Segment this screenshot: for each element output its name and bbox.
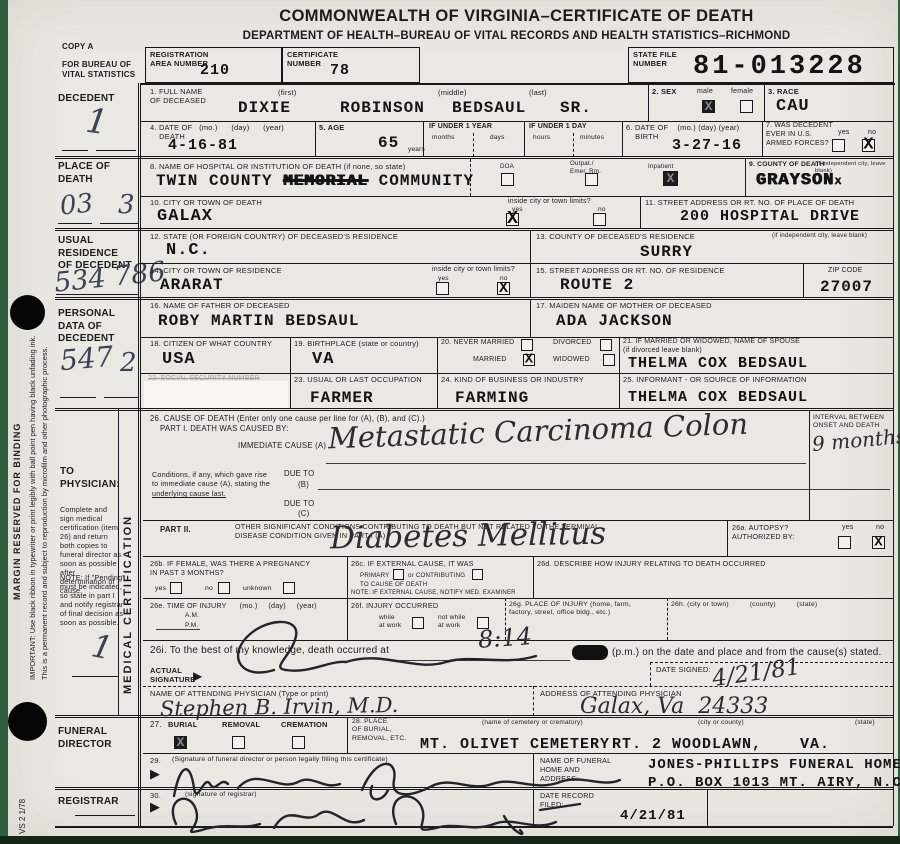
months-label: months: [432, 134, 455, 142]
due-to-b-label: DUE TO: [284, 469, 314, 479]
age-label: 5. AGE: [319, 123, 345, 132]
divider-line: [315, 121, 316, 157]
checkbox-never-married: [521, 339, 533, 351]
city-of-death-value: GALAX: [157, 207, 213, 226]
divider-line: [764, 83, 765, 121]
divider-line: [530, 231, 531, 263]
date-signed-label: DATE SIGNED:: [656, 665, 711, 674]
spouse-value: THELMA COX BEDSAUL: [628, 355, 808, 372]
physician-address-value: Galax, Va 24333: [580, 694, 768, 719]
armed-forces-yes-label: yes: [838, 129, 850, 138]
section-label-place-of-death: PLACE OF DEATH: [58, 161, 110, 186]
department-subtitle: DEPARTMENT OF HEALTH–BUREAU OF VITAL REC…: [140, 29, 893, 43]
divider-line: [667, 598, 668, 640]
describe-injury-label: 26d. DESCRIBE HOW INJURY RELATING TO DEA…: [537, 559, 766, 568]
county-of-death-label: 9. COUNTY OF DEATH: [749, 161, 825, 169]
hospital-label: 8. NAME OF HOSPITAL OR INSTITUTION OF DE…: [150, 162, 405, 171]
checkbox-inpatient: X: [663, 171, 678, 186]
due-to-b-paren: (B): [298, 480, 309, 490]
cause-a-line: [326, 463, 806, 464]
divider-line: [143, 598, 893, 599]
last-name-value: BEDSAUL: [452, 99, 526, 117]
occupation-label: 23. USUAL OR LAST OCCUPATION: [294, 375, 422, 384]
divider-line: [619, 337, 620, 373]
checkbox-pregnancy-yes: [170, 582, 182, 594]
cemetery-hint: (name of cemetery or crematory): [482, 719, 583, 727]
hospital-value: TWIN COUNTY MEMORIAL COMMUNITY: [156, 172, 474, 190]
injury-location-label: 26h. (city or town) (county) (state): [671, 601, 817, 609]
state-file-label: STATE FILE NUMBER: [633, 50, 677, 69]
residence-state-label: 12. STATE (OR FOREIGN COUNTRY) OF DECEAS…: [150, 232, 398, 241]
checkbox-residence-limits-no: X: [497, 282, 510, 295]
death-street-label: 11. STREET ADDRESS OR RT. NO. OF PLACE O…: [645, 198, 854, 207]
sex-male-label: male: [697, 88, 713, 97]
under-1-day-label: IF UNDER 1 DAY: [529, 123, 587, 132]
first-name-value: DIXIE: [238, 99, 291, 117]
divider-line: [727, 520, 728, 556]
time-of-injury-label: 26e. TIME OF INJURY (mo.) (day) (year): [150, 601, 317, 610]
checkbox-contributing: [472, 569, 483, 580]
hole-punch-top: [10, 295, 45, 330]
divider-line: [762, 121, 763, 157]
residence-city-label: 14. CITY OR TOWN OF RESIDENCE: [150, 266, 282, 275]
am-strikeout: (a.m.): [572, 645, 608, 660]
residence-county-value: SURRY: [640, 243, 693, 261]
divider-line: [55, 297, 893, 300]
autopsy-no-label: no: [876, 524, 884, 533]
section-label-medical-certification: MEDICAL CERTIFICATION: [122, 438, 134, 694]
to-physician-pending-note: NOTE: If "Pending" must be indicated, so…: [60, 573, 126, 627]
residence-county-label: 13. COUNTY OF DECEASED'S RESIDENCE: [536, 232, 695, 241]
injury-occurred-label: 26f. INJURY OCCURRED: [351, 601, 438, 610]
burial-location-value: RT. 2 WOODLAWN,: [612, 736, 762, 753]
divider-line: [55, 156, 893, 159]
divider-line: [140, 83, 895, 85]
checkbox-primary: [393, 569, 404, 580]
checkbox-sex-male: X: [702, 100, 715, 113]
state-file-number: 81-013228: [693, 52, 866, 82]
divider-line: [809, 411, 810, 520]
age-value: 65: [378, 134, 399, 152]
never-married-label: 20. NEVER MARRIED: [441, 339, 514, 348]
item-27-number: 27.: [150, 720, 162, 730]
divider-line: [524, 121, 525, 157]
minutes-label: minutes: [580, 134, 604, 142]
funeral-home-address: P.O. BOX 1013 MT. AIRY, N.C.: [648, 775, 900, 791]
place-of-burial-label: 28. PLACE OF BURIAL, REMOVAL, ETC.: [352, 718, 407, 743]
removal-label: REMOVAL: [222, 720, 260, 729]
checkbox-married: X: [523, 354, 535, 366]
industry-label: 24. KIND OF BUSINESS OR INDUSTRY: [441, 375, 584, 384]
bottom-band: [0, 836, 900, 844]
part2-value: Diabetes Mellitus: [330, 516, 607, 557]
divider-line: [745, 159, 746, 196]
days-label: days: [490, 134, 505, 142]
conditions-note: Conditions, if any, which gave rise to i…: [152, 470, 272, 488]
checkbox-armed-forces-no: X: [862, 139, 875, 152]
copy-label: COPY A: [62, 42, 93, 52]
burial-label: BURIAL: [168, 720, 198, 729]
margin-important-note-2: This is a permanent record and subject t…: [40, 160, 49, 680]
divider-line: [140, 196, 893, 197]
sex-label: 2. SEX: [652, 87, 677, 96]
pregnancy-unknown-label: unknown: [243, 585, 272, 593]
pregnancy-no-label: no: [205, 585, 213, 593]
conditions-note-underlined: underlying cause last.: [152, 489, 226, 498]
checkbox-sex-female: [740, 100, 753, 113]
handwritten-code-personal-b: 2: [120, 348, 137, 378]
industry-value: FARMING: [455, 389, 529, 407]
handwritten-code-place-a: 03: [59, 188, 95, 221]
pregnancy-label: 26b. IF FEMALE, WAS THERE A PREGNANCY IN…: [150, 559, 310, 577]
informant-value: THELMA COX BEDSAUL: [628, 389, 808, 406]
divider-line: [290, 337, 291, 373]
residence-state-value: N.C.: [166, 241, 211, 260]
whiteout-patch: [144, 381, 288, 408]
cause-b-line: [318, 489, 890, 490]
divider-line: [640, 196, 641, 229]
citizen-label: 18. CITIZEN OF WHAT COUNTRY: [150, 339, 272, 348]
divider-line: [573, 133, 574, 157]
blank-line: [75, 815, 135, 816]
due-to-c-paren: (C): [298, 509, 309, 519]
blank-line: [104, 397, 138, 398]
residence-city-value: ARARAT: [160, 276, 224, 294]
hours-label: hours: [533, 134, 550, 142]
spouse-label: 21. IF MARRIED OR WIDOWED, NAME OF SPOUS…: [623, 338, 800, 356]
blank-line: [56, 294, 138, 295]
or-contributing-label: or CONTRIBUTING: [408, 572, 465, 580]
checkbox-divorced: [600, 339, 612, 351]
divider-line: [437, 337, 438, 373]
divider-line: [140, 263, 893, 264]
name-suffix-value: SR.: [560, 99, 592, 117]
funeral-home-name: JONES-PHILLIPS FUNERAL HOME: [648, 757, 900, 773]
due-to-c-label: DUE TO: [284, 499, 314, 509]
death-occurred-statement-end: (p.m.) on the date and place and from th…: [612, 647, 882, 660]
to-cause-of-death-label: TO CAUSE OF DEATH: [360, 581, 427, 589]
divider-line: [533, 556, 534, 598]
residence-street-label: 15. STREET ADDRESS OR RT. NO. OF RESIDEN…: [536, 266, 725, 275]
cremation-label: CREMATION: [281, 720, 328, 729]
father-name-label: 16. NAME OF FATHER OF DECEASED: [150, 301, 290, 310]
checkbox-autopsy-yes: [838, 536, 851, 549]
autopsy-yes-label: yes: [842, 524, 854, 533]
date-of-death-value: 4-16-81: [168, 137, 238, 154]
divider-line: [55, 228, 893, 231]
blank-line: [60, 397, 96, 398]
blank-line: [62, 150, 88, 151]
residence-limits-label: inside city or town limits?: [432, 266, 515, 275]
am-label: A.M.: [185, 612, 199, 620]
divider-line: [648, 83, 649, 121]
divider-line: [290, 373, 291, 408]
registration-number: 210: [200, 62, 230, 79]
blank-line: [96, 150, 136, 151]
burial-state-value: VA.: [800, 736, 830, 753]
death-street-value: 200 HOSPITAL DRIVE: [680, 208, 860, 225]
immediate-cause-label: IMMEDIATE CAUSE (A): [238, 441, 326, 451]
checkbox-residence-limits-yes: [436, 282, 449, 295]
section-label-funeral-director: FUNERAL DIRECTOR: [58, 726, 112, 751]
armed-forces-label: 7. WAS DECEDENT EVER IN U.S. ARMED FORCE…: [766, 122, 833, 148]
divider-line: [473, 133, 474, 157]
divider-line: [55, 408, 893, 411]
birthplace-value: VA: [312, 350, 334, 369]
hole-punch-bottom: [8, 702, 47, 741]
hospital-struck-word: MEMORIAL: [283, 172, 368, 190]
married-label: MARRIED: [473, 356, 507, 365]
divider-line: [530, 263, 531, 297]
divider-line: [622, 121, 623, 157]
checkbox-armed-forces-yes: [832, 139, 845, 152]
city-county-hint: (city or county): [698, 719, 744, 727]
divider-line: [650, 662, 651, 686]
under-1-year-label: IF UNDER 1 YEAR: [429, 123, 492, 132]
divider-line: [437, 373, 438, 408]
bureau-label: FOR BUREAU OF VITAL STATISTICS: [62, 60, 135, 80]
margin-binding-note: MARGIN RESERVED FOR BINDING: [12, 180, 22, 600]
mother-name-value: ADA JACKSON: [556, 312, 673, 330]
divider-line: [118, 409, 119, 715]
date-record-filed-value: 4/21/81: [620, 808, 686, 824]
middle-name-value: ROBINSON: [340, 99, 425, 117]
widowed-label: WIDOWED: [553, 356, 590, 365]
handwritten-code-personal-a: 547: [59, 340, 115, 378]
race-value: CAU: [776, 97, 810, 116]
checkbox-widowed: [603, 354, 615, 366]
sex-female-label: female: [731, 88, 753, 97]
divider-line: [143, 556, 893, 557]
residence-county-hint: (if independent city, leave blank): [772, 232, 867, 240]
last-name-hint: (last): [529, 88, 547, 97]
blank-line: [100, 223, 138, 224]
checkbox-pregnancy-no: [218, 582, 230, 594]
divorced-label: DIVORCED: [553, 339, 592, 348]
actual-signature-label: ACTUAL SIGNATURE: [150, 666, 195, 685]
divider-line: [530, 300, 531, 337]
full-name-label: 1. FULL NAME OF DECEASED: [150, 87, 206, 106]
zip-code-label: ZIP CODE: [828, 267, 863, 276]
citizen-value: USA: [162, 350, 196, 369]
divider-line: [138, 83, 141, 826]
pregnancy-yes-label: yes: [155, 585, 166, 593]
divider-line: [893, 83, 894, 826]
divider-line: [619, 373, 620, 408]
date-record-filed-label: DATE RECORD FILED:: [540, 791, 594, 809]
residence-street-value: ROUTE 2: [560, 276, 634, 294]
city-of-death-label: 10. CITY OR TOWN OF DEATH: [150, 198, 262, 207]
attending-physician-value: Stephen B. Irvin, M.D.: [160, 693, 399, 721]
first-name-hint: (first): [278, 88, 296, 97]
certificate-number: 78: [330, 62, 350, 79]
birthplace-label: 19. BIRTHPLACE (state or country): [294, 339, 419, 348]
funeral-signature-arrow-icon: ▶: [150, 766, 160, 782]
blank-line: [72, 676, 118, 677]
divider-line: [803, 263, 804, 297]
county-of-death-value: GRAYSONx: [756, 171, 843, 190]
checkbox-death-limits-no: [593, 213, 606, 226]
form-code: VS 2 1/78: [18, 778, 27, 834]
divider-line: [140, 373, 893, 374]
occupation-value: FARMER: [310, 389, 374, 407]
middle-name-hint: (middle): [438, 88, 467, 97]
informant-label: 25. INFORMANT - OR SOURCE OF INFORMATION: [623, 375, 807, 384]
state-hint: (state): [855, 719, 875, 727]
primary-label: PRIMARY: [360, 572, 389, 580]
section-label-registrar: REGISTRAR: [58, 796, 119, 809]
pm-label: P.M.: [185, 622, 198, 630]
handwritten-code-place-b: 3: [118, 190, 135, 220]
doa-label: DOA: [500, 163, 514, 171]
part1-label: PART I. DEATH WAS CAUSED BY:: [160, 424, 289, 434]
checkbox-autopsy-no: X: [872, 536, 885, 549]
race-label: 3. RACE: [768, 87, 799, 96]
autopsy-label: 26a. AUTOPSY? AUTHORIZED BY:: [732, 523, 795, 541]
funeral-home-label: NAME OF FUNERAL HOME AND ADDRESS:: [540, 756, 611, 783]
father-name-value: ROBY MARTIN BEDSAUL: [158, 312, 359, 330]
signature-arrow-icon: ▶: [193, 669, 202, 684]
checkbox-pregnancy-unknown: [283, 582, 295, 594]
checkbox-doa: [501, 173, 514, 186]
age-years-label: years: [408, 146, 425, 154]
checkbox-outpatient: [585, 173, 598, 186]
blank-line: [58, 223, 92, 224]
external-cause-label: 26c. IF EXTERNAL CAUSE, IT WAS: [351, 559, 474, 568]
external-cause-note: NOTE: IF EXTERNAL CAUSE, NOTIFY MED. EXA…: [351, 590, 516, 598]
certificate-title: COMMONWEALTH OF VIRGINIA–CERTIFICATE OF …: [140, 6, 893, 27]
part2-label: PART II.: [160, 525, 191, 535]
zip-code-value: 27007: [820, 278, 873, 296]
mother-name-label: 17. MAIDEN NAME OF MOTHER OF DECEASED: [536, 301, 712, 310]
ssn-label: 22. SOCIAL SECURITY NUMBER: [148, 375, 260, 384]
physician-signature: [212, 610, 552, 692]
divider-line: [707, 789, 708, 826]
section-label-to-physician: TO PHYSICIAN:: [60, 466, 120, 491]
margin-important-note-1: IMPORTANT: Use black ribbon in typewrite…: [28, 160, 37, 680]
date-of-birth-value: 3-27-16: [672, 137, 742, 154]
checkbox-death-limits-yes: X: [506, 213, 519, 226]
